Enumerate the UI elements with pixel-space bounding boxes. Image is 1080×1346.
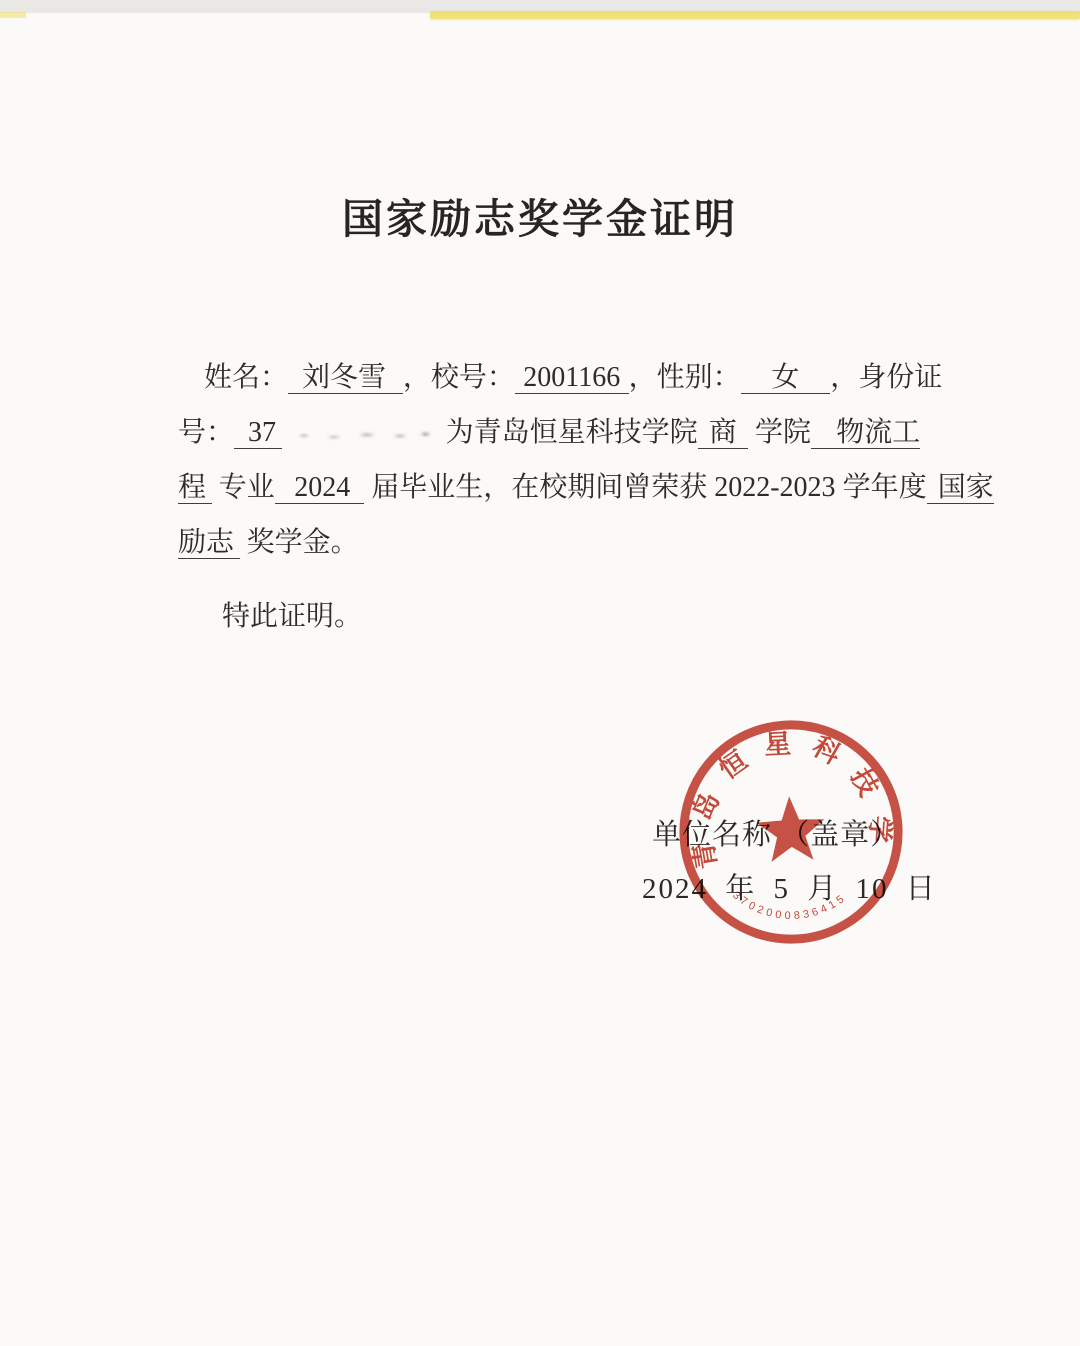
body-line: 姓名：刘冬雪，校号：2001166，性别：女，身份证 <box>178 350 938 405</box>
closing-statement: 特此证明。 <box>178 594 362 634</box>
class-year: 2024 <box>275 472 365 504</box>
field-label-id-card-cont: 号： <box>178 417 234 448</box>
field-label-name: 姓名： <box>204 362 288 393</box>
college-suffix-text: 学院 <box>748 417 811 448</box>
major-suffix-text: 专业 <box>212 472 275 503</box>
student-id: 2001166 <box>515 362 629 394</box>
field-label-student-id: ，校号： <box>403 362 515 393</box>
certificate-title: 国家励志奖学金证明 <box>0 186 1080 245</box>
major-name-part2: 程 <box>178 472 212 504</box>
id-card-prefix: 37 <box>234 417 282 449</box>
redacted-id-number <box>286 423 436 441</box>
field-label-gender: ，性别： <box>629 362 741 393</box>
yellow-highlight-strip-fragment <box>0 12 26 18</box>
official-seal: 青岛恒星科技学院 3702000836415 <box>666 706 916 958</box>
scholarship-name-part2: 励志 <box>178 527 240 559</box>
graduate-text: 届毕业生，在校期间曾荣获 <box>364 472 714 503</box>
field-label-id-card: ，身份证 <box>830 362 942 393</box>
certificate-body: 姓名：刘冬雪，校号：2001166，性别：女，身份证号：37为青岛恒星科技学院商… <box>178 350 938 570</box>
seal-serial-number: 3702000836415 <box>730 883 850 925</box>
college-name: 商 <box>698 417 748 449</box>
seal-star-icon <box>755 795 826 863</box>
body-line: 号：37为青岛恒星科技学院商 学院物流工 <box>178 405 938 460</box>
school-intro-text: 为青岛恒星科技学院 <box>446 417 698 448</box>
scholarship-suffix-text: 奖学金。 <box>240 527 359 558</box>
scanned-certificate-page: 国家励志奖学金证明 姓名：刘冬雪，校号：2001166，性别：女，身份证号：37… <box>0 0 1080 1346</box>
body-line: 程 专业2024 届毕业生，在校期间曾荣获 2022-2023 学年度国家 <box>178 460 938 515</box>
official-seal-graphic: 青岛恒星科技学院 3702000836415 <box>666 706 916 958</box>
student-name: 刘冬雪 <box>288 362 403 394</box>
gender-value: 女 <box>741 362 831 394</box>
yellow-highlight-strip <box>430 11 1080 19</box>
body-line: 励志 奖学金。 <box>178 515 938 570</box>
scholarship-name-part1: 国家 <box>927 472 994 504</box>
academic-year-suffix-text: 学年度 <box>836 472 927 503</box>
major-name-part1: 物流工 <box>811 417 920 449</box>
academic-year: 2022-2023 <box>714 472 835 503</box>
